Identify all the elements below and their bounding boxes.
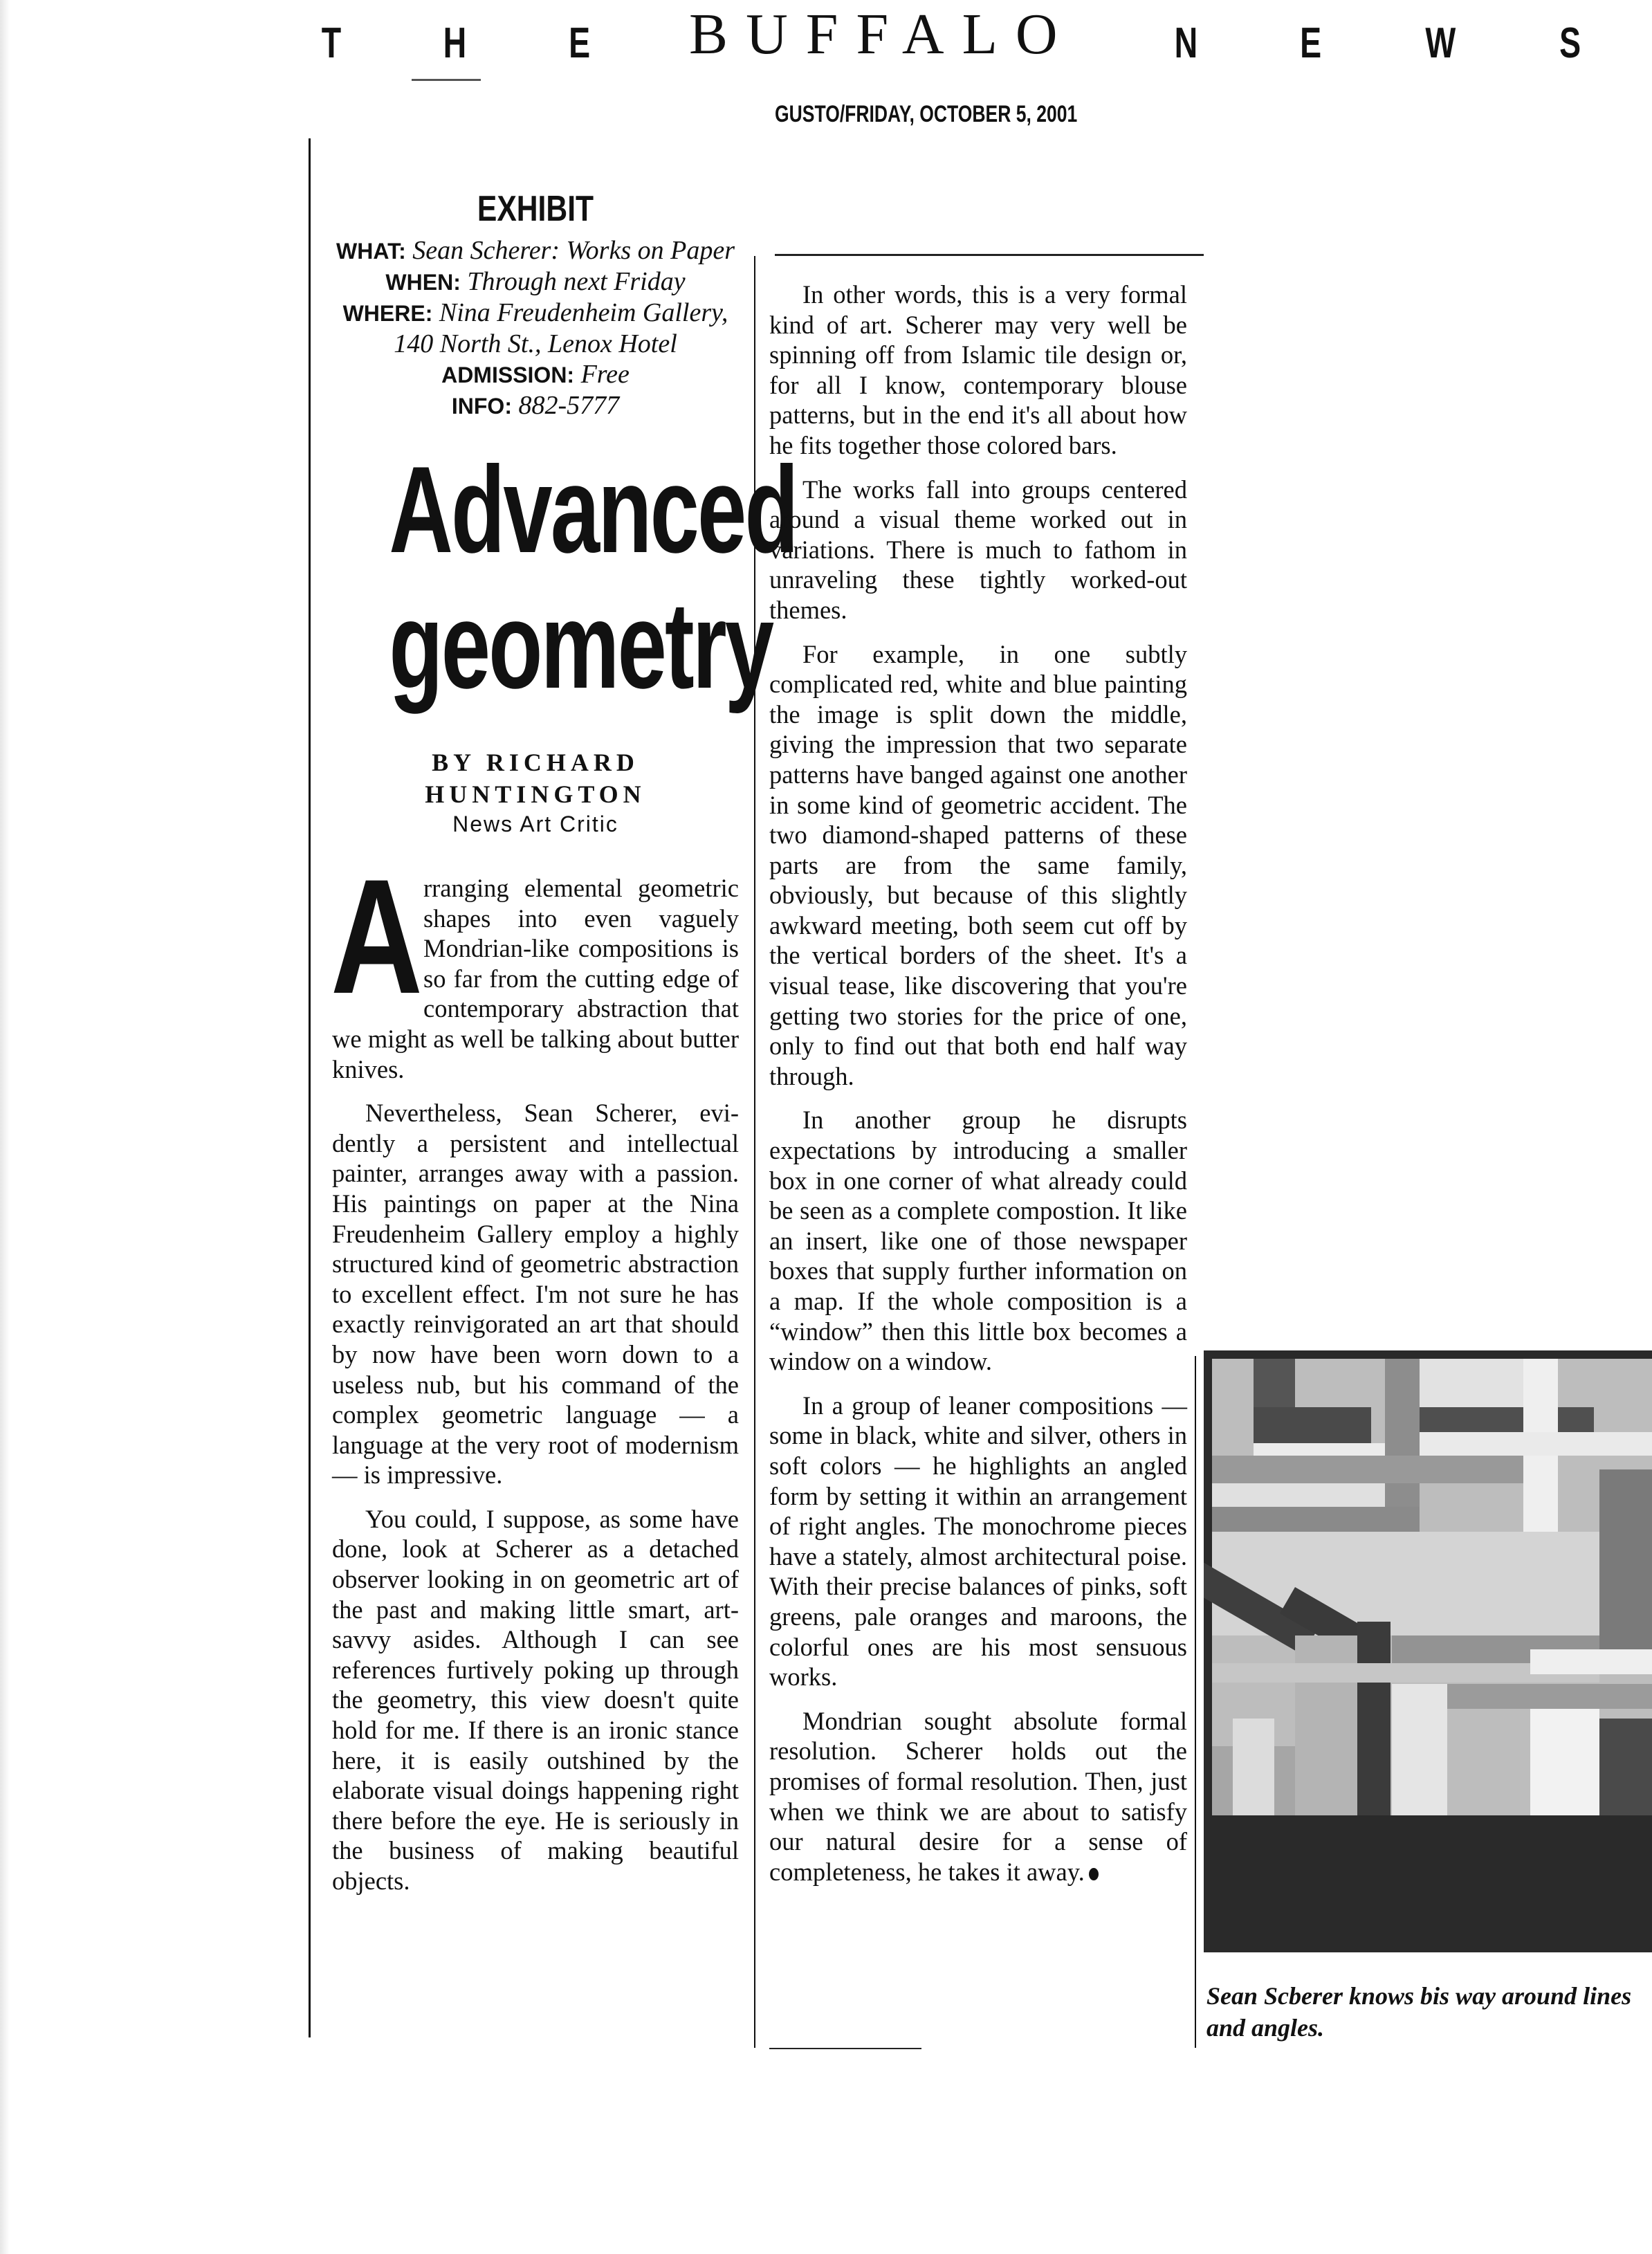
paragraph: In a group of leaner composi­tions — som… <box>769 1391 1187 1692</box>
painting-canvas <box>1212 1359 1652 1941</box>
column-rule-right <box>1195 1356 1196 2048</box>
painting-block <box>1447 1684 1652 1709</box>
article-body-column-2: In other words, this is a very formal ki… <box>769 280 1187 1900</box>
painting-block <box>1420 1407 1523 1432</box>
drop-cap: A <box>331 876 394 998</box>
exhibit-where: WHERE: Nina Freudenheim Gallery, 140 Nor… <box>332 297 739 359</box>
byline-line-1: BY RICHARD <box>332 746 739 778</box>
byline-line-2: HUNTINGTON <box>332 778 739 810</box>
byline-role: News Art Critic <box>332 812 739 837</box>
painting-block <box>1212 1815 1652 1952</box>
masthead-letter: H <box>443 19 467 68</box>
masthead-letter: S <box>1559 19 1581 68</box>
where-value: Nina Freudenheim Gallery, 140 North St.,… <box>394 298 728 358</box>
masthead-letter: N <box>1175 19 1198 68</box>
painting-block <box>1212 1456 1523 1483</box>
painting-block <box>1385 1359 1420 1532</box>
painting-block <box>1530 1649 1652 1674</box>
masthead: T H E BUFFALO N E W S <box>318 12 1584 68</box>
headline-line-2: geometry <box>389 578 681 713</box>
article-body-column-1: Arranging elemental geo­metric shapes in… <box>332 873 739 1896</box>
paragraph: In another group he disrupts expectation… <box>769 1105 1187 1376</box>
end-mark-bullet-icon <box>1089 1868 1099 1880</box>
byline: BY RICHARD HUNTINGTON <box>332 746 739 810</box>
admission-label: ADMISSION: <box>441 363 574 387</box>
paragraph: For example, in one subtly complicated r… <box>769 639 1187 1092</box>
admission-value: Free <box>581 360 630 389</box>
dateline: GUSTO/FRIDAY, OCTOBER 5, 2001 <box>775 101 1077 128</box>
painting-block <box>1558 1407 1594 1432</box>
painting-block <box>1212 1507 1420 1532</box>
headline: Advanced geometry <box>389 442 681 713</box>
column2-top-rule <box>775 254 1204 256</box>
exhibit-what: WHAT: Sean Scherer: Works on Paper <box>332 235 739 266</box>
masthead-letter: W <box>1425 19 1456 68</box>
paragraph: In other words, this is a very formal ki… <box>769 280 1187 461</box>
artwork-photo <box>1204 1350 1652 1952</box>
paragraph-final: Mondrian sought absolute for­mal resolut… <box>769 1706 1187 1887</box>
exhibit-box-title: EXHIBIT <box>369 188 702 230</box>
what-label: WHAT: <box>336 239 406 264</box>
masthead-letter: E <box>1300 19 1321 68</box>
when-value: Through next Friday <box>467 267 685 296</box>
info-value: 882-5777 <box>518 391 619 420</box>
photo-caption: Sean Scberer knows bis way around lines … <box>1206 1980 1649 2044</box>
painting-block <box>1599 1469 1652 1670</box>
painting-block <box>1295 1635 1357 1815</box>
painting-block <box>1530 1709 1599 1815</box>
paragraph: The works fall into groups cen­tered aro… <box>769 475 1187 625</box>
masthead-word: BUFFALO <box>689 1 1076 68</box>
painting-block <box>1254 1359 1295 1407</box>
headline-line-1: Advanced <box>389 442 681 578</box>
exhibit-info: INFO: 882-5777 <box>332 390 739 421</box>
column-1: EXHIBIT WHAT: Sean Scherer: Works on Pap… <box>332 180 739 1910</box>
scan-page-edge <box>0 0 10 2254</box>
paragraph-text: Mondrian sought absolute for­mal resolut… <box>769 1707 1187 1886</box>
exhibit-admission: ADMISSION: Free <box>332 359 739 390</box>
masthead-letter: E <box>569 19 591 68</box>
masthead-rule <box>412 79 481 81</box>
painting-block <box>1420 1432 1652 1456</box>
when-label: WHEN: <box>385 270 460 295</box>
painting-block <box>1392 1684 1447 1815</box>
column2-bottom-rule <box>769 2048 921 2049</box>
painting-block <box>1357 1622 1391 1815</box>
painting-block <box>1233 1719 1274 1815</box>
exhibit-info-box: WHAT: Sean Scherer: Works on Paper WHEN:… <box>332 235 739 421</box>
what-value: Sean Scherer: Works on Paper <box>412 236 735 265</box>
info-label: INFO: <box>452 394 512 419</box>
paragraph: You could, I suppose, as some have done,… <box>332 1504 739 1896</box>
painting-block <box>1599 1719 1652 1815</box>
exhibit-when: WHEN: Through next Friday <box>332 266 739 297</box>
painting-block <box>1212 1483 1385 1507</box>
painting-block <box>1254 1407 1371 1443</box>
paragraph: Arranging elemental geo­metric shapes in… <box>332 873 739 1084</box>
masthead-letter: T <box>322 19 341 68</box>
column-rule-left <box>309 138 311 2037</box>
paragraph: Nevertheless, Sean Scherer, evi­dently a… <box>332 1098 739 1490</box>
where-label: WHERE: <box>343 301 433 326</box>
